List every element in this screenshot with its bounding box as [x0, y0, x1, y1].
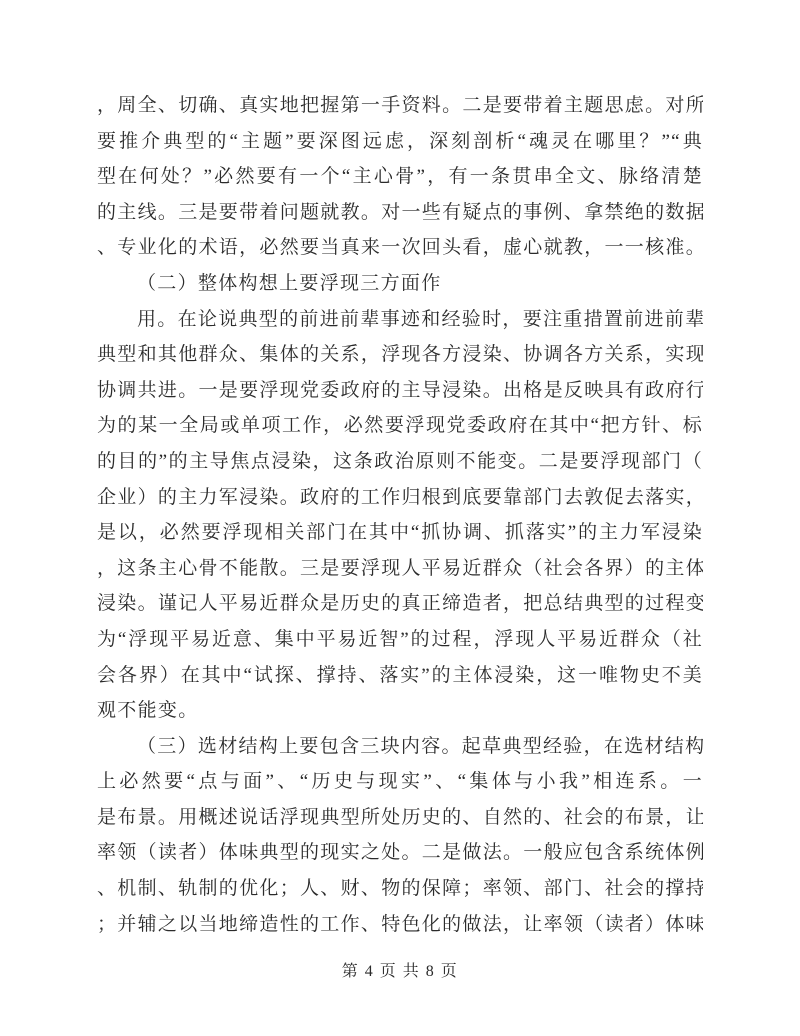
text-line: 的目的”的主导焦点浸染，这条政治原则不能变。二是要浮现部门（	[97, 444, 703, 480]
text-line: 为的某一全局或单项工作，必然要浮现党委政府在其中“把方针、标	[97, 408, 703, 444]
text-line: 是布景。用概述说话浮现典型所处历史的、自然的、社会的布景，让	[97, 800, 703, 836]
text-block: ，周全、切确、真实地把握第一手资料。二是要带着主题思虑。对所要推介典型的“主题”…	[97, 88, 703, 942]
document-page: ，周全、切确、真实地把握第一手资料。二是要带着主题思虑。对所要推介典型的“主题”…	[0, 0, 800, 1036]
text-line: 的主线。三是要带着问题就教。对一些有疑点的事例、拿禁绝的数据	[97, 195, 703, 231]
text-line: 、机制、轨制的优化；人、财、物的保障；率领、部门、社会的撑持	[97, 871, 703, 907]
text-line: 率领（读者）体味典型的现实之处。二是做法。一般应包含系统体例	[97, 835, 703, 871]
text-line: 上必然要“点与面”、“历史与现实”、“集体与小我”相连系。一	[97, 764, 703, 800]
page-number-footer: 第 4 页 共 8 页	[0, 960, 800, 984]
text-line: 型在何处？”必然要有一个“主心骨”，有一条贯串全文、脉络清楚	[97, 159, 703, 195]
text-line: 用。在论说典型的前进前辈事迹和经验时，要注重措置前进前辈	[97, 302, 703, 338]
text-line: ，周全、切确、真实地把握第一手资料。二是要带着主题思虑。对所	[97, 88, 703, 124]
text-line: （二）整体构想上要浮现三方面作	[97, 266, 703, 302]
text-line: 是以，必然要浮现相关部门在其中“抓协调、抓落实”的主力军浸染	[97, 515, 703, 551]
text-line: 企业）的主力军浸染。政府的工作归根到底要靠部门去敦促去落实，	[97, 480, 703, 516]
text-line: （三）选材结构上要包含三块内容。起草典型经验，在选材结构	[97, 729, 703, 765]
text-line: 为“浮现平易近意、集中平易近智”的过程，浮现人平易近群众（社	[97, 622, 703, 658]
text-line: 、专业化的术语，必然要当真来一次回头看，虚心就教，一一核准。	[97, 230, 703, 266]
text-line: ；并辅之以当地缔造性的工作、特色化的做法，让率领（读者）体味	[97, 907, 703, 943]
text-line: 浸染。谨记人平易近群众是历史的真正缔造者，把总结典型的过程变	[97, 586, 703, 622]
text-line: 会各界）在其中“试探、撑持、落实”的主体浸染，这一唯物史不美	[97, 658, 703, 694]
text-line: 协调共进。一是要浮现党委政府的主导浸染。出格是反映具有政府行	[97, 373, 703, 409]
text-line: 观不能变。	[97, 693, 703, 729]
text-line: 典型和其他群众、集体的关系，浮现各方浸染、协调各方关系，实现	[97, 337, 703, 373]
text-line: 要推介典型的“主题”要深图远虑，深刻剖析“魂灵在哪里？”“典	[97, 124, 703, 160]
text-line: ，这条主心骨不能散。三是要浮现人平易近群众（社会各界）的主体	[97, 551, 703, 587]
